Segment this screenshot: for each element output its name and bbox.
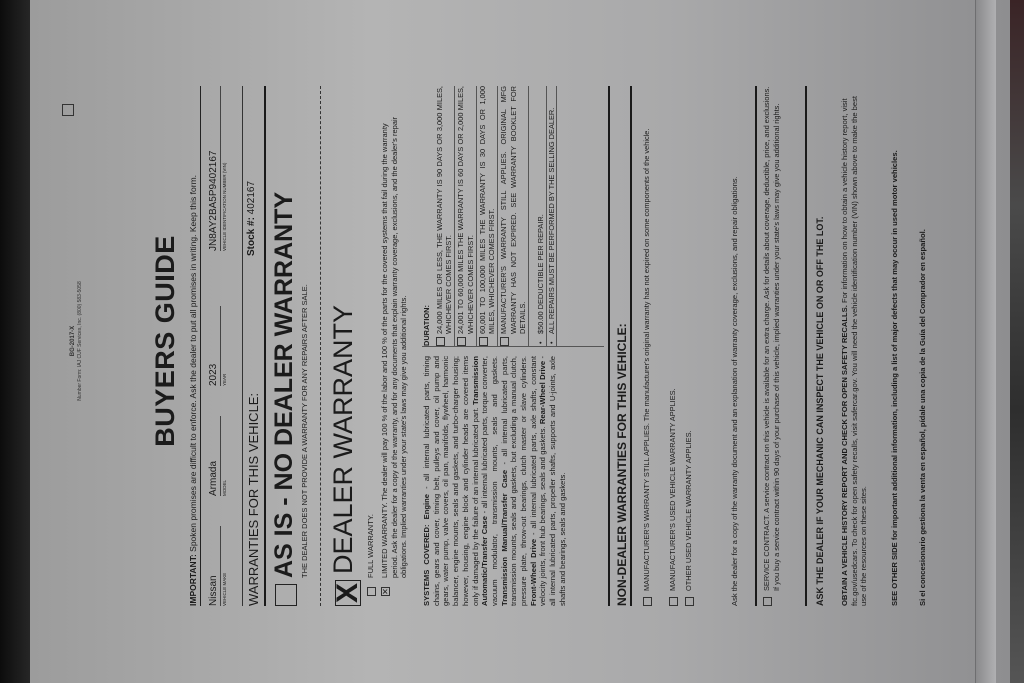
systems-covered-label: SYSTEMS COVERED: bbox=[422, 524, 431, 606]
service-contract-text: SERVICE CONTRACT. A service contract on … bbox=[762, 86, 781, 591]
vehicle-make: Nissan VEHICLE MAKE bbox=[208, 526, 227, 606]
duration-checkbox[interactable] bbox=[500, 337, 509, 346]
duration-checkbox[interactable] bbox=[479, 337, 488, 346]
limited-warranty-option: ✕ LIMITED WARRANTY. The dealer will pay … bbox=[380, 103, 409, 596]
non-dealer-heading: NON-DEALER WARRANTIES FOR THIS VEHICLE: bbox=[615, 323, 629, 606]
warranties-heading: WARRANTIES FOR THIS VEHICLE: bbox=[246, 393, 261, 606]
non-dealer-option: MANUFACTURER'S WARRANTY STILL APPLIES. T… bbox=[642, 86, 652, 606]
stock-value: 402167 bbox=[246, 181, 257, 214]
as-is-checkbox[interactable] bbox=[275, 584, 297, 606]
duration-text: MANUFACTURER'S WARRANTY STILL APPLIES. O… bbox=[499, 86, 527, 334]
important-label: IMPORTANT: bbox=[188, 554, 198, 606]
duration-note: ALL REPAIRS MUST BE PERFORMED BY THE SEL… bbox=[547, 86, 558, 346]
non-dealer-option: OTHER USED VEHICLE WARRANTY APPLIES. bbox=[684, 86, 694, 606]
divider bbox=[264, 86, 266, 606]
buyers-guide-document: BG-2017-X Number Form: IAJ CUF Services,… bbox=[70, 46, 970, 636]
non-dealer-text: MANUFACTURER'S WARRANTY STILL APPLIES. T… bbox=[642, 86, 652, 591]
duration-text: 60,001 TO 100,000 MILES THE WARRANTY IS … bbox=[478, 86, 497, 334]
dashed-divider bbox=[320, 86, 321, 606]
limited-warranty-checkbox[interactable]: ✕ bbox=[381, 587, 390, 596]
vehicle-model: Armada MODEL bbox=[208, 416, 227, 496]
non-dealer-checkbox[interactable] bbox=[685, 597, 694, 606]
non-dealer-text: MANUFACTURER'S USED VEHICLE WARRANTY APP… bbox=[668, 86, 678, 591]
vehicle-year: 2023 YEAR bbox=[208, 306, 227, 386]
page-title: BUYERS GUIDE bbox=[150, 46, 181, 636]
duration-option: MANUFACTURER'S WARRANTY STILL APPLIES. O… bbox=[499, 86, 529, 346]
full-warranty-option: FULL WARRANTY. bbox=[366, 103, 376, 596]
vehicle-make-value: Nissan bbox=[208, 575, 219, 606]
other-side-bold: SEE OTHER SIDE bbox=[890, 542, 899, 606]
non-dealer-option: MANUFACTURER'S USED VEHICLE WARRANTY APP… bbox=[668, 86, 678, 606]
paper-edge bbox=[975, 0, 996, 683]
dealer-warranty-checkbox[interactable]: X bbox=[335, 580, 361, 606]
duration: DURATION: 24,000 MILES OR LESS, THE WARR… bbox=[422, 86, 557, 346]
other-side-paragraph: SEE OTHER SIDE for important additional … bbox=[890, 86, 900, 606]
dealer-warranty-title: DEALER WARRANTY bbox=[328, 305, 359, 574]
vehicle-model-label: MODEL bbox=[220, 416, 227, 496]
as-is-title: AS IS - NO DEALER WARRANTY bbox=[270, 192, 299, 578]
system-name: Rear-Wheel Drive bbox=[538, 361, 547, 424]
service-contract-checkbox[interactable] bbox=[763, 597, 772, 606]
history-paragraph: OBTAIN A VEHICLE HISTORY REPORT AND CHEC… bbox=[840, 86, 869, 606]
system-name: Front-Wheel Drive bbox=[529, 539, 538, 606]
duration-note: $50.00 DEDUCTIBLE PER REPAIR. bbox=[536, 86, 547, 346]
non-dealer-text: OTHER USED VEHICLE WARRANTY APPLIES. bbox=[684, 86, 694, 591]
important-text: Spoken promises are difficult to enforce… bbox=[188, 175, 198, 552]
vehicle-make-label: VEHICLE MAKE bbox=[220, 526, 227, 606]
divider bbox=[630, 86, 632, 606]
vehicle-model-value: Armada bbox=[208, 461, 219, 496]
system-name: Transmission Manual/Transfer Case bbox=[500, 470, 509, 606]
as-is-subtitle: THE DEALER DOES NOT PROVIDE A WARRANTY F… bbox=[300, 284, 309, 578]
vehicle-vin-label: VEHICLE IDENTIFICATION NUMBER (VIN) bbox=[220, 86, 227, 251]
form-number: BG-2017-X bbox=[70, 221, 77, 461]
full-warranty-label: FULL WARRANTY. bbox=[366, 103, 376, 578]
non-dealer-checkbox[interactable] bbox=[669, 597, 678, 606]
duration-checkbox[interactable] bbox=[436, 337, 445, 346]
service-contract-option: SERVICE CONTRACT. A service contract on … bbox=[762, 86, 781, 606]
divider bbox=[608, 86, 610, 606]
divider bbox=[755, 86, 757, 606]
duration-text: 24,000 MILES OR LESS, THE WARRANTY IS 90… bbox=[435, 86, 454, 334]
system-name: Engine bbox=[422, 494, 431, 519]
duration-option: 60,001 TO 100,000 MILES THE WARRANTY IS … bbox=[478, 86, 498, 346]
duration-option: 24,000 MILES OR LESS, THE WARRANTY IS 90… bbox=[435, 86, 455, 346]
duration-label: DURATION: bbox=[422, 86, 432, 346]
history-bold: OBTAIN A VEHICLE HISTORY REPORT AND CHEC… bbox=[840, 305, 849, 606]
vehicle-vin: JN8AY2BA5P9402167 VEHICLE IDENTIFICATION… bbox=[208, 86, 227, 251]
non-dealer-checkbox[interactable] bbox=[643, 597, 652, 606]
inspect-notice: ASK THE DEALER IF YOUR MECHANIC CAN INSP… bbox=[815, 217, 825, 606]
duration-option: 24,001 TO 60,000 MILES THE WARRANTY IS 6… bbox=[456, 86, 476, 346]
check-x-icon: X bbox=[331, 583, 364, 603]
form-publisher: Number Form: IAJ CUF Services, Inc. (800… bbox=[77, 281, 83, 401]
stock-number: Stock #: 402167 bbox=[246, 181, 257, 256]
full-warranty-checkbox[interactable] bbox=[367, 587, 376, 596]
duration-checkbox[interactable] bbox=[457, 337, 466, 346]
spanish-notice: Si el concesionario gestiona la venta en… bbox=[918, 86, 928, 606]
column-divider bbox=[422, 346, 604, 347]
limited-warranty-text: LIMITED WARRANTY. The dealer will pay 10… bbox=[380, 103, 409, 578]
stock-label: Stock #: bbox=[246, 217, 257, 256]
form-identifier: BG-2017-X Number Form: IAJ CUF Services,… bbox=[70, 221, 84, 461]
vehicle-year-value: 2023 bbox=[208, 364, 219, 386]
other-side-text: for important additional information, in… bbox=[890, 150, 899, 542]
vehicle-info-row: Nissan VEHICLE MAKE Armada MODEL 2023 YE… bbox=[208, 86, 243, 606]
background-left bbox=[0, 0, 34, 683]
vehicle-year-label: YEAR bbox=[220, 306, 227, 386]
divider bbox=[805, 86, 807, 606]
non-dealer-ask-text: Ask the dealer for a copy of the warrant… bbox=[730, 86, 740, 606]
duration-text: 24,001 TO 60,000 MILES THE WARRANTY IS 6… bbox=[456, 86, 475, 334]
systems-covered: SYSTEMS COVERED: Engine - all internal l… bbox=[422, 356, 568, 606]
important-notice: IMPORTANT: Spoken promises are difficult… bbox=[188, 86, 201, 606]
corner-checkbox[interactable] bbox=[62, 104, 74, 116]
vehicle-vin-value: JN8AY2BA5P9402167 bbox=[208, 151, 219, 251]
